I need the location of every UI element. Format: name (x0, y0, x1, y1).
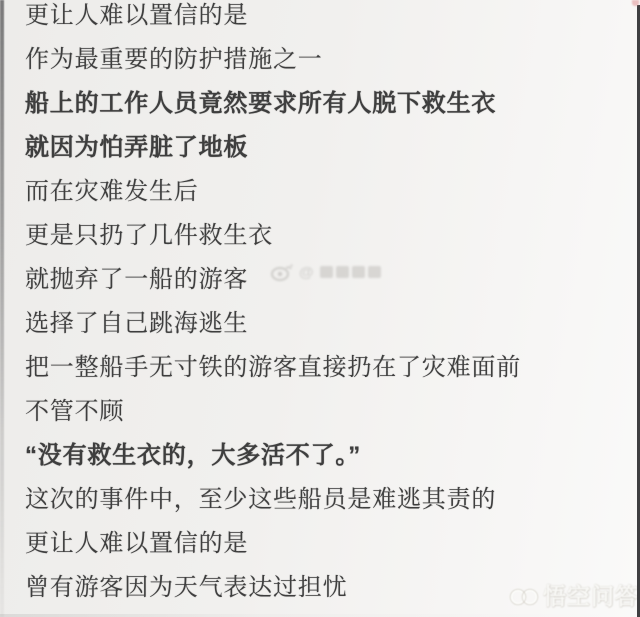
blurred-character-blob (368, 266, 381, 278)
wukong-qa-label: 悟空问答 (543, 585, 639, 608)
text-line: 作为最重要的防护措施之一 (25, 38, 636, 82)
text-line: 更让人难以置信的是 (25, 0, 636, 38)
blurred-character-blob (336, 266, 349, 278)
text-line: 就因为怕弄脏了地板 (25, 126, 636, 170)
text-line: 船上的工作人员竟然要求所有人脱下救生衣 (25, 82, 636, 126)
text-line: 而在灾难发生后 (25, 170, 636, 214)
weibo-at-prefix: @ (299, 265, 314, 280)
weibo-blurred-username (320, 266, 381, 278)
text-line: 不管不顾 (25, 390, 636, 434)
blurred-character-blob (352, 266, 365, 278)
text-screenshot-photo: 更让人难以置信的是作为最重要的防护措施之一船上的工作人员竟然要求所有人脱下救生衣… (0, 0, 640, 617)
weibo-user-watermark: @ (271, 261, 381, 283)
text-line: 更让人难以置信的是 (25, 522, 636, 566)
wukong-qa-watermark: 悟空问答 (509, 583, 639, 609)
blurred-character-blob (320, 266, 333, 278)
text-line: 把一整船手无寸铁的游客直接扔在了灾难面前 (25, 346, 636, 390)
photo-left-edge (0, 0, 4, 617)
text-body: 更让人难以置信的是作为最重要的防护措施之一船上的工作人员竟然要求所有人脱下救生衣… (25, 0, 636, 610)
weibo-logo-icon (271, 263, 293, 281)
text-line: “没有救生衣的，大多活不了。” (25, 434, 636, 478)
text-line: 选择了自己跳海逃生 (25, 302, 636, 346)
text-line: 更是只扔了几件救生衣 (25, 214, 636, 258)
top-right-pink-mark (632, 0, 639, 6)
wukong-monkey-icon (509, 585, 539, 607)
text-line: 这次的事件中，至少这些船员是难逃其责的 (25, 478, 636, 522)
